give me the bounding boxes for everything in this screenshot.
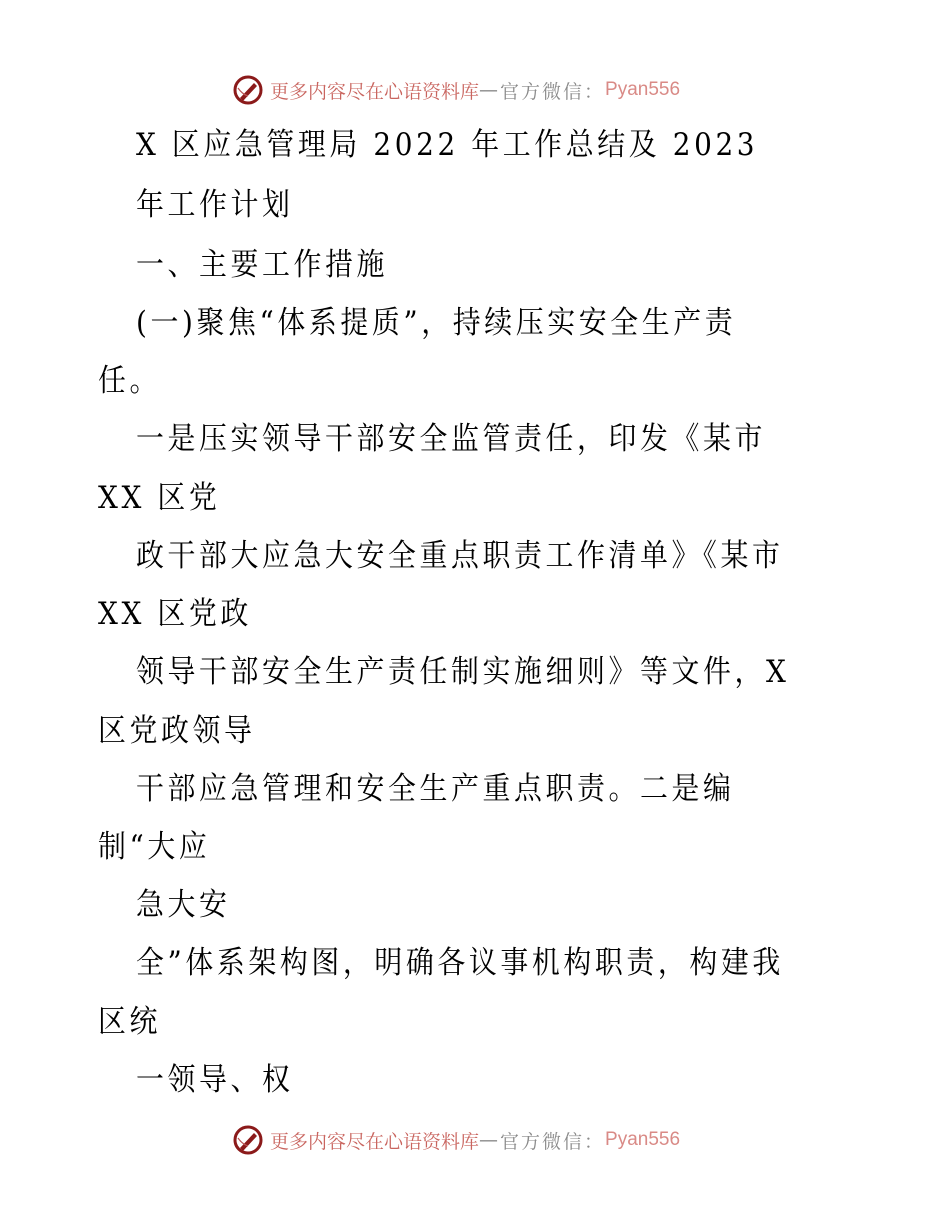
doc-title-line-2: 年工作计划 <box>136 190 294 221</box>
doc-text-line: 制“大应 <box>98 832 210 863</box>
doc-text-line: 一是压实领导干部安全监管责任，印发《某市 <box>136 424 766 455</box>
watermark-label: 官方微信： <box>500 1127 605 1154</box>
watermark-wechat-id: Pyan556 <box>605 79 680 101</box>
doc-text-line: 政干部大应急大安全重点职责工作清单》《某市 <box>136 541 784 572</box>
doc-text-line: 干部应急管理和安全生产重点职责。二是编 <box>136 774 735 805</box>
doc-text-line: 急大安 <box>136 890 231 921</box>
doc-text-line: 任。 <box>98 366 161 397</box>
watermark-wechat-id: Pyan556 <box>605 1129 680 1151</box>
quill-pen-logo-icon <box>232 74 264 106</box>
doc-section-heading: 一、主要工作措施 <box>136 250 388 281</box>
watermark-separator: — <box>479 79 500 101</box>
quill-pen-logo-icon <box>232 1124 264 1156</box>
doc-text-line: 区党政领导 <box>98 716 256 747</box>
doc-text-line: 全”体系架构图，明确各议事机构职责，构建我 <box>136 948 784 979</box>
watermark-main-text: 更多内容尽在心语资料库 <box>270 1127 479 1154</box>
doc-text-line: 领导干部安全生产责任制实施细则》等文件，X <box>136 657 789 688</box>
doc-text-line: 一领导、权 <box>136 1065 294 1096</box>
watermark-separator: — <box>479 1129 500 1151</box>
doc-text-line: XX 区党 <box>98 483 220 514</box>
watermark-main-text: 更多内容尽在心语资料库 <box>270 77 479 104</box>
watermark-label: 官方微信： <box>500 77 605 104</box>
doc-text-line: 区统 <box>98 1007 161 1038</box>
watermark-footer: 更多内容尽在心语资料库 — 官方微信： Pyan556 <box>232 1122 680 1158</box>
watermark-header: 更多内容尽在心语资料库 — 官方微信： Pyan556 <box>232 72 680 108</box>
doc-subsection-heading: (一)聚焦“体系提质”，持续压实安全生产责 <box>136 308 736 339</box>
doc-text-line: XX 区党政 <box>98 599 252 630</box>
doc-title-line-1: X 区应急管理局 2022 年工作总结及 2023 <box>136 130 758 161</box>
